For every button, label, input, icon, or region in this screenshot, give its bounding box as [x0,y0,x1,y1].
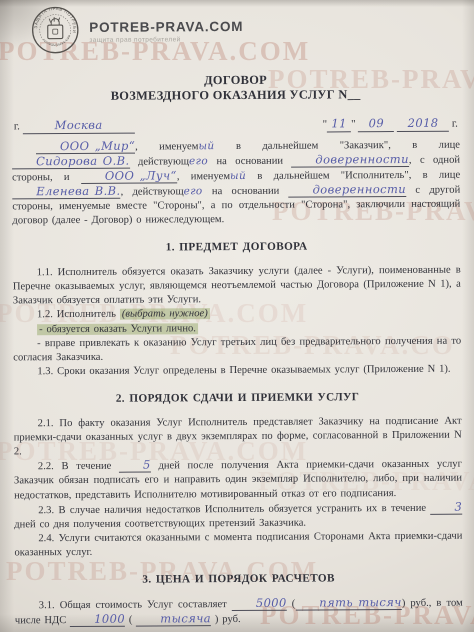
city-field: г. Москва [14,119,135,134]
document-content: ЗАЩИТА ПРАВ ПОТРЕБИТЕЛЯ POTREB-PRAVA.COM… [0,0,474,632]
total-sum-blank: 5000 [232,597,287,611]
handwritten-month: 09 [369,116,385,130]
emblem-arc-bottom-text: POTREB-PRAVA.COM [42,34,72,47]
handwritten-city: Москва [55,118,103,132]
printed-text: ( [287,599,296,610]
date-day-blank: 11 [327,117,351,132]
basis1-blank: доверенности [291,153,409,168]
date-field: "11" 09 2018 г. [323,117,458,132]
handwritten-basis1: доверенности [315,152,409,167]
vat-words-blank: тысяча [136,612,211,627]
clause-2-2: 2.2. В течение 5 дней после получения Ак… [14,457,462,503]
city-label: г. [14,120,20,132]
clause-1-2-option2: - вправе привлекать к оказанию Услуг тре… [13,334,461,365]
vat-sum-blank: 1000 [70,613,125,627]
city-date-row: г. Москва "11" 09 2018 г. [14,117,458,134]
handwritten-sum: 5000 [256,596,287,610]
contract-title: ДОГОВОР ВОЗМЕЗДНОГО ОКАЗАНИЯ УСЛУГ N__ [12,72,460,105]
handwritten-year: 2018 [408,116,439,130]
section2-heading: 2. ПОРЯДОК СДАЧИ И ПРИЕМКИ УСЛУГ [13,390,461,407]
date-close-quote: " [351,118,356,130]
handwritten-vat-words: тысяча [160,611,211,625]
clause-1-1: 1.1. Исполнитель обязуется оказать Заказ… [13,264,461,309]
printed-text: 1.2. Исполнитель [37,309,120,321]
printed-text: в дальнейшем "Заказчик", в лице [215,139,460,151]
brand-tagline: защита прав потребителей [89,36,243,44]
clause-2-1: 2.1. По факту оказания Услуг Исполнитель… [14,415,462,460]
clause-2-4: 2.4. Услуги считаются оказанными с момен… [14,529,462,560]
document-photo: POTREB-PRAVA.COM POTREB-PRAVA.CO POTREB-… [0,0,474,632]
handwritten-days-5: 5 [143,458,151,472]
intro-paragraph: ООО „Мир“, именуемый в дальнейшем "Заказ… [12,137,461,228]
sum-words-blank: пять тысяч [295,596,402,611]
date-year-blank: 2018 [397,117,449,132]
handwritten-company2: ООО „Луч“ [105,168,177,182]
highlighted-option: - обязуется оказать Услуги лично. [37,323,198,335]
handwritten-sum-words: пять тысяч [319,595,402,610]
basis2-blank: доверенности [289,183,407,198]
name2-blank: Еленева В.В. [12,185,120,200]
handwritten-company1: ООО „Мир“ [60,138,135,152]
section3-heading: 3. ЦЕНА И ПОРЯДОК РАСЧЕТОВ [15,571,463,588]
date-month-blank: 09 [358,117,394,132]
printed-text: действующ [130,156,190,167]
handwritten-name2: Еленева В.В. [36,184,120,199]
printed-text: 2.3. В случае наличия недостатков Исполн… [38,502,430,515]
handwritten-name1: Сидорова О.В. [36,153,130,168]
clause-1-3: 1.3. Сроки оказания Услуг определены в П… [13,362,461,379]
printed-text: на основании [208,155,291,167]
days-blank: 3 [430,500,462,514]
name1-blank: Сидорова О.В. [12,154,130,169]
printed-text: ) руб. [211,614,241,625]
handwritten-vat: 1000 [94,612,125,626]
printed-text: дней со дня получения соответствующих пр… [14,517,306,530]
site-header: ЗАЩИТА ПРАВ ПОТРЕБИТЕЛЯ POTREB-PRAVA.COM… [31,4,459,59]
handwritten-ending: ый [230,170,246,182]
city-blank: Москва [23,119,135,134]
printed-text: в дальнейшем "Исполнитель", в лице [246,169,460,181]
section1-heading: 1. ПРЕДМЕТ ДОГОВОРА [13,239,461,256]
brand-name: POTREB-PRAVA.COM [89,19,243,35]
handwritten-days-3: 3 [454,499,462,513]
printed-text: , именуем [177,171,230,182]
handwritten-ending: ый [198,140,214,152]
days-blank: 5 [119,459,151,473]
handwritten-basis2: доверенности [313,182,407,197]
printed-text: , действующ [121,186,184,197]
clause-3-1: 3.1. Общая стоимость Услуг составляет 50… [15,596,463,629]
brand-emblem-stamp: ЗАЩИТА ПРАВ ПОТРЕБИТЕЛЯ POTREB-PRAVA.COM [31,6,79,54]
handwritten-ending: его [184,185,203,197]
printed-text: ( [125,615,136,626]
brand-block: POTREB-PRAVA.COM защита прав потребителе… [89,19,243,44]
company2-blank: ООО „Луч“ [81,169,177,184]
handwritten-ending: его [189,155,208,167]
printed-text: 3.1. Общая стоимость Услуг составляет [39,599,232,611]
contract-title-line2: ВОЗМЕЗДНОГО ОКАЗАНИЯ УСЛУГ N__ [12,87,460,105]
shopping-bag-icon [48,17,63,39]
handwritten-day: 11 [331,116,347,130]
clause-2-3: 2.3. В случае наличия недостатков Исполн… [14,500,462,532]
company1-blank: ООО „Мир“ [36,139,135,154]
printed-text: на основании [203,186,289,198]
printed-text: , именуем [135,141,198,152]
date-year-suffix: г. [452,118,458,130]
svg-text:POTREB-PRAVA.COM: POTREB-PRAVA.COM [42,34,72,47]
printed-text: 2.2. В течение [38,461,119,472]
choose-option-note: (выбрать нужное) [120,309,210,321]
